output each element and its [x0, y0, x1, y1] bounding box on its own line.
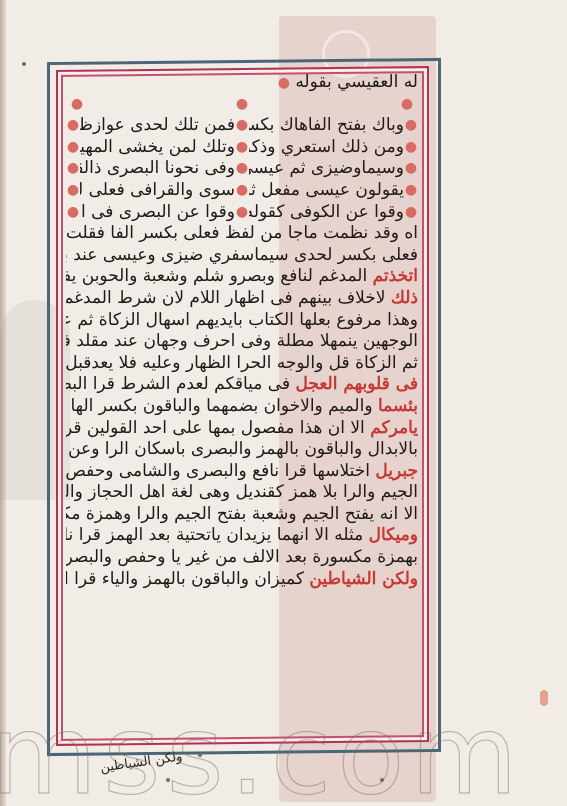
prose-line: وميكال مثله الا انهما يزيدان ياتحتية بعد… — [66, 525, 418, 547]
prose-text: فعلى بكسر لحدى سيماسفري ضيزى وعيسى عند ب… — [66, 245, 418, 265]
verse-right-hemistich: وباك بفتح الفاهاك بكسرها — [249, 115, 404, 137]
prose-line: بهمزة مكسورة بعد الالف من غير يا وحفص وا… — [66, 547, 418, 569]
verse-marker-icon: ● — [235, 202, 249, 224]
rubric-keyword: ولكن الشياطين — [309, 569, 418, 589]
prose-text: والميم والاخوان بضمهما والباقون بكسر اله… — [66, 396, 373, 416]
prose-text: اختلاسها قرا نافع والبصرى والشامى وحفص ب… — [66, 461, 370, 481]
verse-marker-icon: ● — [278, 75, 290, 91]
ink-speck — [380, 778, 384, 782]
verse-marker-icon: ● — [404, 158, 418, 180]
verse-marker-icon: ● — [66, 137, 80, 159]
verse-right-hemistich: يقولون عيسى مفعل ثم مفعل — [249, 180, 404, 202]
prose-line: يامركم الا ان هذا مفصول بمها على احد الق… — [66, 418, 418, 440]
verse-left-hemistich: وقوا عن البصرى فى العلم فارجعوا — [80, 202, 235, 224]
verse-line: ● وقوا عن الكوفى كقوله وذا ● وقوا عن الب… — [66, 202, 418, 224]
prose-text: اه وقد نظمت ماجا من لفظ فعلى بكسر الفا ف… — [66, 223, 418, 243]
prose-line: بالابدال والباقون بالهمز والبصرى باسكان … — [66, 439, 418, 461]
verse-marker-row: ● ● ● — [66, 94, 418, 116]
verse-marker-icon: ● — [235, 180, 249, 202]
verse-left-hemistich: وتلك لمن يخشى المهيمن تنفع — [80, 137, 235, 159]
verse-line: ● يقولون عيسى مفعل ثم مفعل ● سوى والقراف… — [66, 180, 418, 202]
prose-text: الا ان هذا مفصول بمها على احد القولين قر… — [66, 418, 365, 438]
verse-marker-icon: ● — [66, 202, 80, 224]
prose-text: المدغم لنافع وبصرو شلم وشعبة والحوبن يفع… — [66, 266, 367, 286]
ink-stain — [540, 690, 548, 706]
prose-text: وهذا مرفوع بعلها الكتاب بايديهم اسهال ال… — [66, 310, 418, 330]
prose-line: ولكن الشياطين كميزان والباقون بالهمز وال… — [66, 569, 418, 591]
verse-marker-icon: ● — [66, 158, 80, 180]
rubric-keyword: وميكال — [369, 525, 418, 545]
ink-speck — [166, 778, 170, 782]
prose-line: جبريل اختلاسها قرا نافع والبصرى والشامى … — [66, 461, 418, 483]
prose-line: اه وقد نظمت ماجا من لفظ فعلى بكسر الفا ف… — [66, 223, 418, 245]
verse-marker-icon: ● — [70, 94, 84, 116]
manuscript-text-block: له العقيسي بقوله ● ● ● ● ● وباك بفتح الف… — [66, 72, 418, 732]
verse-marker-icon: ● — [400, 94, 414, 116]
verse-left-hemistich: سوى والقرافى فعلى له ارجعوا — [80, 180, 235, 202]
rubric-keyword: فى قلوبهم العجل — [295, 374, 418, 394]
prose-text: كميزان والباقون بالهمز والياء قرا الشامى — [66, 569, 304, 589]
prose-line: اتخذتم المدغم لنافع وبصرو شلم وشعبة والح… — [66, 266, 418, 288]
rubric-keyword: ذلك — [391, 288, 418, 308]
verse-line: ● وسيماوضيزى ثم عيسى بحيدة ● وفى نحونا ا… — [66, 158, 418, 180]
watermark-text: mss.com — [0, 700, 524, 806]
verse-marker-icon: ● — [404, 137, 418, 159]
prose-line: الجيم والرا بلا همز كقنديل وهى لغة اهل ا… — [66, 482, 418, 504]
verse-marker-icon: ● — [235, 158, 249, 180]
prose-text: الا انه يفتح الجيم وشعبة بفتح الجيم والر… — [66, 504, 418, 524]
ink-speck — [198, 753, 202, 757]
prose-line: الوجهين ينمهلا مطلة وفى احرف وجهان عند م… — [66, 331, 418, 353]
verse-marker-icon: ● — [235, 115, 249, 137]
prose-line: الا انه يفتح الجيم وشعبة بفتح الجيم والر… — [66, 504, 418, 526]
prose-line: وهذا مرفوع بعلها الكتاب بايديهم اسهال ال… — [66, 310, 418, 332]
prose-line: بئسما والميم والاخوان بضمهما والباقون بك… — [66, 396, 418, 418]
verse-marker-icon: ● — [235, 94, 249, 116]
prose-text: الوجهين ينمهلا مطلة وفى احرف وجهان عند م… — [66, 331, 418, 351]
prose-line: ثم الزكاة قل والوجه الحرا الظهار وعليه ف… — [66, 353, 418, 375]
verse-marker-icon: ● — [66, 180, 80, 202]
verse-left-hemistich: فمن تلك لحدى عوازظاى كمعوا — [80, 115, 235, 137]
prose-text: لاخلاف بينهم فى اظهار اللام لان شرط المد… — [66, 288, 386, 308]
prose-line: ذلك لاخلاف بينهم فى اظهار اللام لان شرط … — [66, 288, 418, 310]
rubric-keyword: يامركم — [370, 418, 418, 438]
rubric-keyword: بئسما — [378, 396, 418, 416]
verse-right-hemistich: ومن ذلك استعري وذكرجميعها — [249, 137, 404, 159]
prose-text: فى مياقكم لعدم الشرط قرا البصرى بكسر اله… — [66, 374, 290, 394]
verse-marker-icon: ● — [404, 180, 418, 202]
prose-text: الجيم والرا بلا همز كقنديل وهى لغة اهل ا… — [66, 482, 418, 502]
verse-line: ● وباك بفتح الفاهاك بكسرها ● فمن تلك لحد… — [66, 115, 418, 137]
prose-line: فعلى بكسر لحدى سيماسفري ضيزى وعيسى عند ب… — [66, 245, 418, 267]
verse-marker-icon: ● — [404, 115, 418, 137]
prose-text: مثله الا انهما يزيدان ياتحتية بعد الهمز … — [66, 525, 363, 545]
prose-line: فى قلوبهم العجل فى مياقكم لعدم الشرط قرا… — [66, 374, 418, 396]
heading-line: له العقيسي بقوله ● — [66, 72, 418, 94]
prose-text: بالابدال والباقون بالهمز والبصرى باسكان … — [66, 439, 418, 459]
verse-marker-icon: ● — [404, 202, 418, 224]
heading-text: له العقيسي بقوله — [295, 72, 418, 92]
verse-right-hemistich: وسيماوضيزى ثم عيسى بحيدة — [249, 158, 404, 180]
prose-text: بهمزة مكسورة بعد الالف من غير يا وحفص وا… — [66, 547, 418, 567]
verse-right-hemistich: وقوا عن الكوفى كقوله وذا — [249, 202, 404, 224]
rubric-keyword: اتخذتم — [373, 266, 418, 286]
ink-speck — [22, 62, 26, 66]
verse-marker-icon: ● — [235, 137, 249, 159]
verse-line: ● ومن ذلك استعري وذكرجميعها ● وتلك لمن ي… — [66, 137, 418, 159]
prose-text: ثم الزكاة قل والوجه الحرا الظهار وعليه ف… — [66, 353, 418, 373]
verse-marker-icon: ● — [66, 115, 80, 137]
rubric-keyword: جبريل — [375, 461, 418, 481]
verse-left-hemistich: وفى نحونا البصرى ذالقول يمنع — [80, 158, 235, 180]
